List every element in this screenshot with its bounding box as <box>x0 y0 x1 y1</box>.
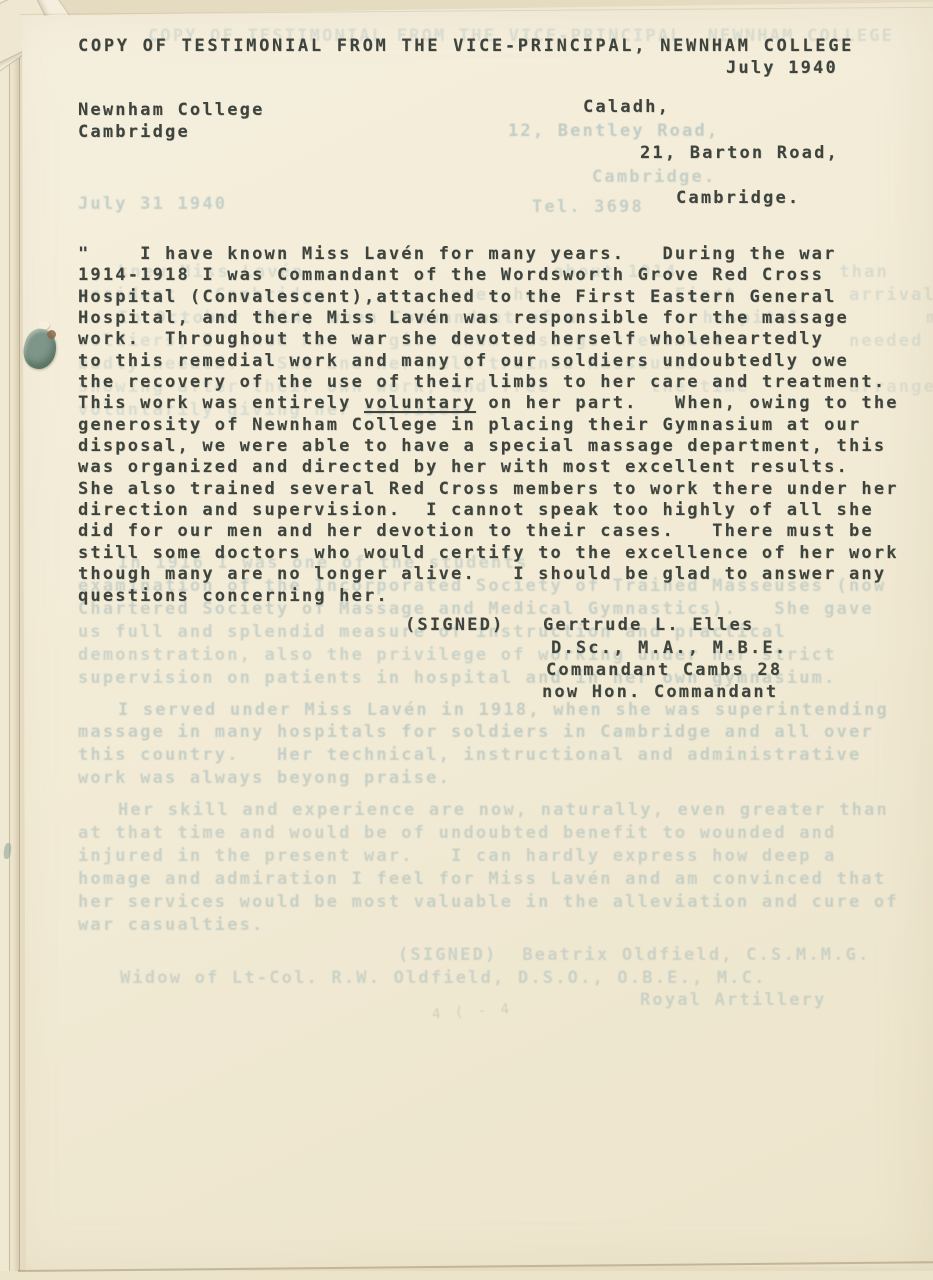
bleedthrough-line: work was always beyong praise. <box>78 768 451 788</box>
body-line: though many are no longer alive. I shoul… <box>78 564 899 585</box>
body-line: to this remedial work and many of our so… <box>78 351 899 372</box>
body-line: questions concerning her. <box>78 586 899 607</box>
bleedthrough-line: homage and admiration I feel for Miss La… <box>78 869 886 889</box>
body-line: did for our men and her devotion to thei… <box>78 521 899 542</box>
body-line: work. Throughout the war she devoted her… <box>78 329 899 350</box>
body-line: 1914-1918 I was Commandant of the Wordsw… <box>78 265 899 286</box>
body-line: disposal, we were able to have a special… <box>78 436 899 457</box>
signatory-role-now: now Hon. Commandant <box>542 682 778 702</box>
body-line: generosity of Newnham College in placing… <box>78 415 899 436</box>
pencil-mark: 4 ( - 4 <box>432 1001 513 1023</box>
body-line: She also trained several Red Cross membe… <box>78 479 899 500</box>
body-line: direction and supervision. I cannot spea… <box>78 500 899 521</box>
sender-institution: Newnham College <box>78 100 265 120</box>
body-line: Hospital, and there Miss Lavén was respo… <box>78 308 899 329</box>
letter-heading: COPY OF TESTIMONIAL FROM THE VICE-PRINCI… <box>78 36 854 56</box>
body-line: " I have known Miss Lavén for many years… <box>78 244 899 265</box>
signatory-role: Commandant Cambs 28 <box>546 660 782 680</box>
bleedthrough-line: at that time and would be of undoubted b… <box>78 823 837 843</box>
body-line: still some doctors who would certify to … <box>78 543 899 564</box>
bleedthrough-line: injured in the present war. I can hardly… <box>78 846 837 866</box>
letter-content: COPY OF TESTIMONIAL FROM THE VICE-PRINCI… <box>0 0 933 1280</box>
body-line: the recovery of the use of their limbs t… <box>78 372 899 393</box>
recipient-city: Cambridge. <box>676 188 800 208</box>
body-line: This work was entirely voluntary on her … <box>78 393 899 414</box>
letter-date: July 1940 <box>726 58 838 78</box>
bleedthrough-line: her services would be most valuable in t… <box>78 892 899 912</box>
body-line: Hospital (Convalescent),attached to the … <box>78 287 899 308</box>
bleedthrough-line: Her skill and experience are now, natura… <box>118 800 889 820</box>
bleedthrough-line: war casualties. <box>78 915 265 935</box>
bleedthrough-line: July 31 1940 <box>78 194 227 214</box>
bleedthrough-line: this country. Her technical, instruction… <box>78 745 861 765</box>
bleedthrough-line: Tel. 3698 <box>532 197 644 217</box>
body-line: was organized and directed by her with m… <box>78 457 899 478</box>
signatory-name: Gertrude L. Elles <box>543 615 754 635</box>
signatory-degrees: D.Sc., M.A., M.B.E. <box>551 638 787 658</box>
bleedthrough-line: (SIGNED) Beatrix Oldfield, C.S.M.M.G. <box>398 945 871 965</box>
sender-city: Cambridge <box>78 122 190 142</box>
bleedthrough-line: Widow of Lt-Col. R.W. Oldfield, D.S.O., … <box>120 968 767 988</box>
bleedthrough-line: 12, Bentley Road, <box>508 121 719 141</box>
bleedthrough-line: Royal Artillery <box>640 990 827 1010</box>
letter-body: " I have known Miss Lavén for many years… <box>78 244 899 607</box>
bleedthrough-line: massage in many hospitals for soldiers i… <box>78 722 874 742</box>
recipient-street: 21, Barton Road, <box>640 143 839 163</box>
signed-label: (SIGNED) <box>405 615 504 635</box>
bleedthrough-line: Cambridge. <box>592 167 716 187</box>
bleedthrough-line: I served under Miss Lavén in 1918, when … <box>118 700 889 720</box>
recipient-house: Caladh, <box>583 97 670 117</box>
scanned-letter: COPY OF TESTIMONIAL FROM THE VICE-PRINCI… <box>0 0 933 1280</box>
